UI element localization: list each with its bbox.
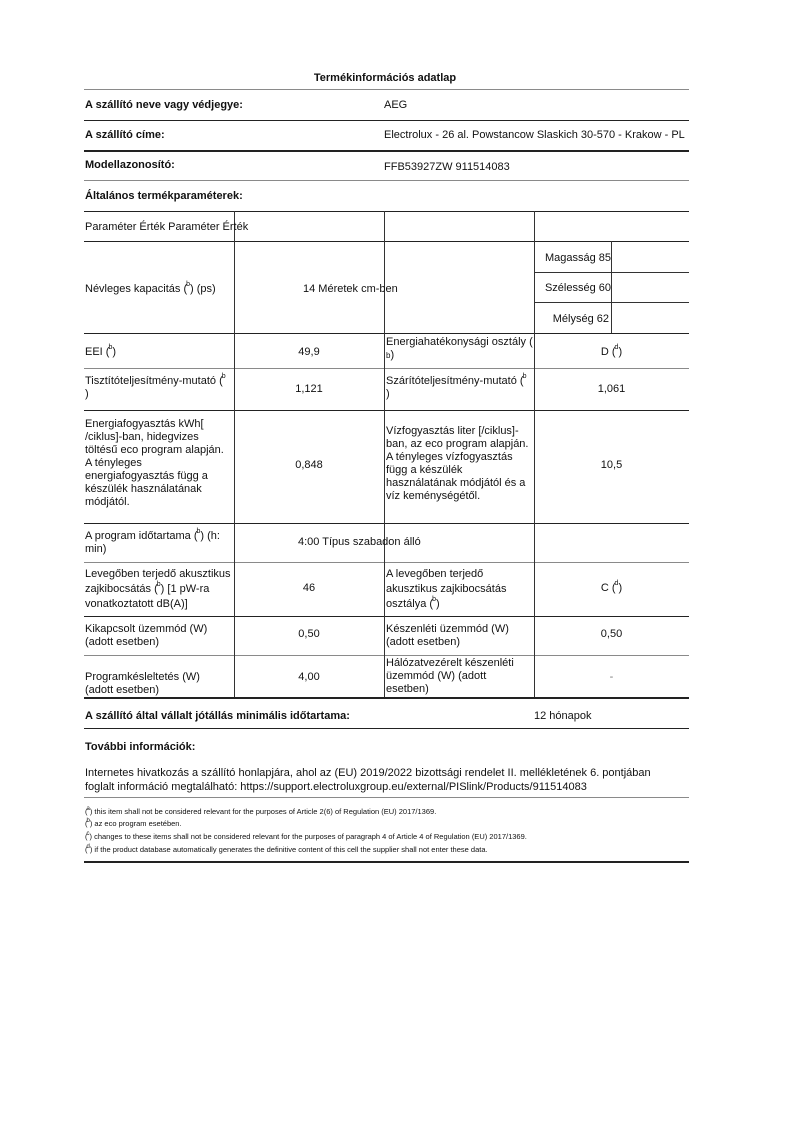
water-consumption-value: 10,5 <box>534 459 689 472</box>
table-row-border <box>84 523 689 524</box>
table-top-border <box>84 211 689 212</box>
water-consumption-label: Vízfogyasztás liter [/ciklus]-ban, az ec… <box>386 425 532 503</box>
divider <box>84 797 689 798</box>
height-value: Magasság 85 <box>534 252 611 265</box>
footnote-c: (c) changes to these items shall not be … <box>85 831 527 842</box>
warranty-value: 12 hónapok <box>534 710 592 723</box>
capacity-label: Névleges kapacitás (b) (ps) <box>85 283 216 296</box>
divider <box>84 89 689 90</box>
table-row-border <box>84 333 689 334</box>
networked-standby-value: - <box>534 671 689 684</box>
cleaning-index-value: 1,121 <box>234 383 384 396</box>
divider <box>84 150 689 152</box>
eei-value: 49,9 <box>234 346 384 359</box>
standby-mode-label: Készenléti üzemmód (W) (adott esetben) <box>386 623 526 649</box>
footer-divider <box>84 861 689 863</box>
off-mode-label: Kikapcsolt üzemmód (W) (adott esetben) <box>85 623 225 649</box>
width-value: Szélesség 60 <box>534 282 611 295</box>
networked-standby-label: Hálózatvezérelt készenléti üzemmód (W) (… <box>386 657 526 696</box>
noise-class-value: C (d) <box>534 582 689 595</box>
more-info-heading: További információk: <box>85 741 195 754</box>
divider <box>84 180 689 181</box>
footnote-b: (b) az eco program esetében. <box>85 818 182 829</box>
table-row-border <box>84 616 689 617</box>
footnote-d: (d) if the product database automaticall… <box>85 844 488 855</box>
col-divider <box>234 211 235 697</box>
table-row-border <box>84 655 689 656</box>
depth-value: Mélység 62 <box>534 313 609 326</box>
divider <box>84 120 689 121</box>
delay-start-value: 4,00 <box>234 671 384 684</box>
drying-index-label: Szárítóteljesítmény-mutató (b) <box>386 375 534 401</box>
noise-emission-value: 46 <box>234 582 384 595</box>
supplier-name-label: A szállító neve vagy védjegye: <box>85 99 243 112</box>
more-info-text-line1: Internetes hivatkozás a szállító honlapj… <box>85 767 651 780</box>
eei-label: EEI (b) <box>85 346 116 359</box>
model-value: FFB53927ZW 911514083 <box>384 161 510 174</box>
off-mode-value: 0,50 <box>234 628 384 641</box>
standby-mode-value: 0,50 <box>534 628 689 641</box>
model-label: Modellazonosító: <box>85 159 175 172</box>
footnote-a: (a) this item shall not be considered re… <box>85 806 436 817</box>
program-duration-label: A program időtartama (b) (h: min) <box>85 530 230 556</box>
energy-class-label: Energiahatékonysági osztály (b) <box>386 336 534 362</box>
supplier-name-value: AEG <box>384 99 407 112</box>
table-row-border <box>84 410 689 411</box>
table-row-border <box>84 368 689 369</box>
noise-emission-label: Levegőben terjedő akusztikus zajkibocsát… <box>85 567 233 612</box>
more-info-link[interactable]: foglalt információ megtalálható: https:/… <box>85 781 587 794</box>
general-params-heading: Általános termékparaméterek: <box>85 190 243 203</box>
supplier-address-value: Electrolux - 26 al. Powstancow Slaskich … <box>384 129 685 142</box>
supplier-address-label: A szállító címe: <box>85 129 165 142</box>
program-duration-value: 4:00 Típus szabadon álló <box>298 536 421 549</box>
table-bottom-border <box>84 697 689 699</box>
drying-index-value: 1,061 <box>534 383 689 396</box>
energy-class-value: D (d) <box>534 346 689 359</box>
divider <box>84 728 689 729</box>
delay-start-label: Programkésleltetés (W) (adott esetben) <box>85 671 225 697</box>
dim-col-divider <box>611 241 612 333</box>
capacity-value: 14 Méretek cm-ben <box>303 283 398 296</box>
document-title: Termékinformációs adatlap <box>0 72 770 85</box>
energy-consumption-value: 0,848 <box>234 459 384 472</box>
noise-class-label: A levegőben terjedő akusztikus zajkibocs… <box>386 567 526 612</box>
cleaning-index-label: Tisztítóteljesítmény-mutató (b) <box>85 375 234 401</box>
table-row-border <box>84 241 689 242</box>
warranty-label: A szállító által vállalt jótállás minimá… <box>85 710 350 723</box>
table-header: Paraméter Érték Paraméter Érték <box>85 221 248 234</box>
energy-consumption-label: Energiafogyasztás kWh[ /ciklus]-ban, hid… <box>85 418 225 509</box>
table-row-border <box>84 562 689 563</box>
